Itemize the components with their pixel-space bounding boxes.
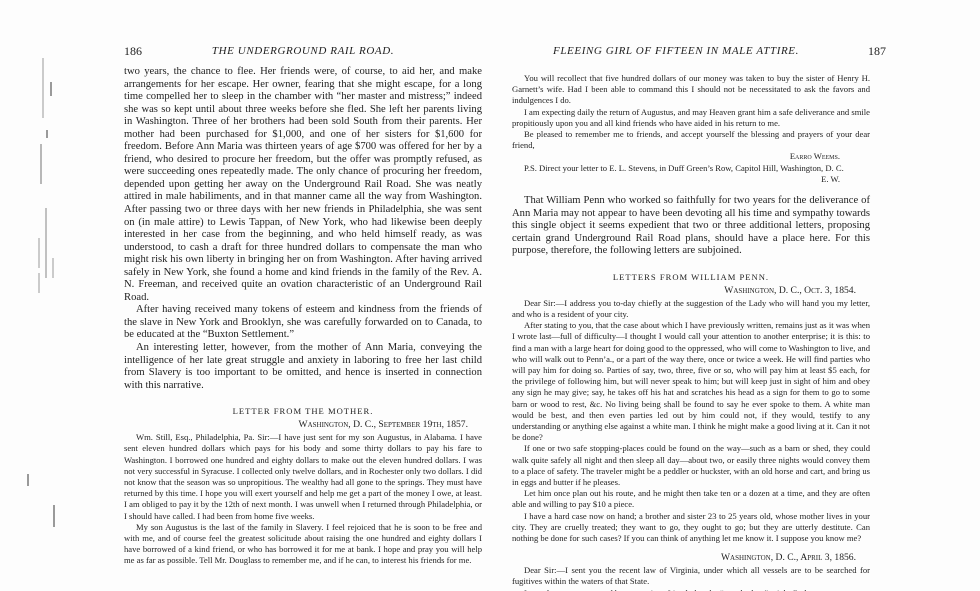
paragraph: I have a hard case now on hand; a brothe…: [512, 511, 870, 545]
paragraph: Dear Sir:—I address you to-day chiefly a…: [512, 298, 870, 320]
letter-body: Dear Sir:—I address you to-day chiefly a…: [512, 298, 870, 544]
letter-dateline: Washington, D. C., Oct. 3, 1854.: [512, 285, 870, 296]
section-heading: LETTER FROM THE MOTHER.: [124, 406, 482, 416]
paragraph: It was long ago suggested by a sagacious…: [512, 588, 870, 591]
letter-dateline: Washington, D. C., September 19th, 1857.: [124, 419, 482, 430]
paragraph: I am expecting daily the return of Augus…: [512, 107, 870, 129]
paragraph: After stating to you, that the case abou…: [512, 320, 870, 443]
paragraph: Wm. Still, Esq., Philadelphia, Pa. Sir:—…: [124, 432, 482, 522]
running-title: THE UNDERGROUND RAIL ROAD.: [124, 45, 482, 57]
section-heading: LETTERS FROM WILLIAM PENN.: [512, 272, 870, 282]
narrative-body: two years, the chance to flee. Her frien…: [124, 66, 482, 392]
paragraph: If one or two safe stopping-places could…: [512, 443, 870, 488]
letter-body: Wm. Still, Esq., Philadelphia, Pa. Sir:—…: [124, 432, 482, 566]
narrative-body: That William Penn who worked so faithful…: [512, 195, 870, 258]
paragraph: An interesting letter, however, from the…: [124, 342, 482, 392]
signature: Earro Weems.: [512, 151, 870, 162]
paragraph: Let him once plan out his route, and he …: [512, 488, 870, 510]
paragraph: two years, the chance to flee. Her frien…: [124, 66, 482, 304]
paragraph: Be pleased to remember me to friends, an…: [512, 129, 870, 151]
right-page: FLEEING GIRL OF FIFTEEN IN MALE ATTIRE. …: [512, 44, 870, 591]
paragraph: My son Augustus is the last of the famil…: [124, 522, 482, 567]
paragraph: After having received many tokens of est…: [124, 304, 482, 342]
letter-body: Dear Sir:—I sent you the recent law of V…: [512, 565, 870, 591]
running-head: FLEEING GIRL OF FIFTEEN IN MALE ATTIRE. …: [512, 44, 870, 60]
paragraph: You will recollect that five hundred dol…: [512, 73, 870, 107]
running-title: FLEEING GIRL OF FIFTEEN IN MALE ATTIRE.: [482, 45, 870, 57]
running-head: 186 THE UNDERGROUND RAIL ROAD.: [124, 44, 482, 60]
letter-continued: You will recollect that five hundred dol…: [512, 73, 870, 185]
margin-scan-marks: [32, 48, 56, 528]
paragraph: Dear Sir:—I sent you the recent law of V…: [512, 565, 870, 587]
postscript: P.S. Direct your letter to E. L. Stevens…: [512, 163, 870, 174]
page-number: 187: [868, 44, 886, 59]
paragraph: That William Penn who worked so faithful…: [512, 195, 870, 258]
left-page: 186 THE UNDERGROUND RAIL ROAD. two years…: [124, 44, 482, 567]
postscript-initials: E. W.: [512, 174, 870, 185]
letter-dateline: Washington, D. C., April 3, 1856.: [512, 552, 870, 563]
